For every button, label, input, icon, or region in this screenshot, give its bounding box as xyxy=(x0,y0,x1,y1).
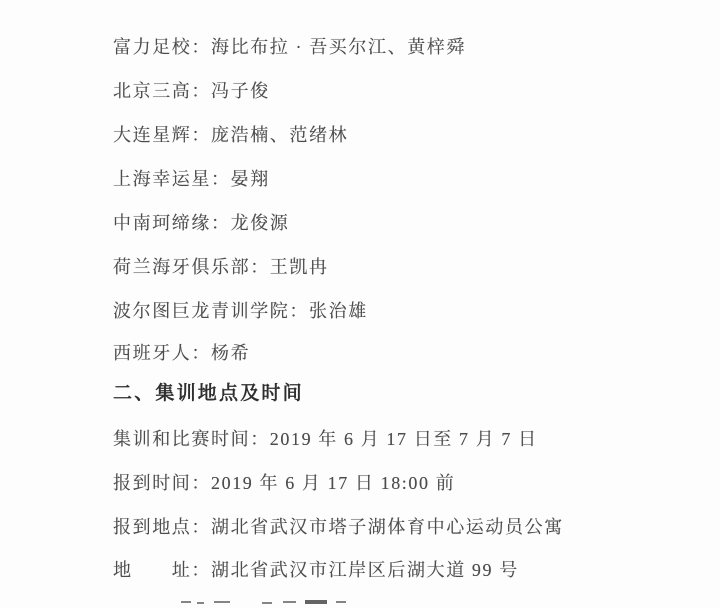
document-page: 富力足校：海比布拉 · 吾买尔江、黄梓舜 北京三高：冯子俊 大连星辉：庞浩楠、范… xyxy=(0,0,720,608)
roster-line: 荷兰海牙俱乐部：王凯冉 xyxy=(113,256,329,278)
roster-line: 富力足校：海比布拉 · 吾买尔江、黄梓舜 xyxy=(113,36,466,58)
detail-line-training-time: 集训和比赛时间：2019 年 6 月 17 日至 7 月 7 日 xyxy=(113,428,538,450)
roster-line: 北京三高：冯子俊 xyxy=(113,80,270,102)
roster-line: 西班牙人：杨希 xyxy=(113,342,250,364)
roster-line: 大连星辉：庞浩楠、范绪林 xyxy=(113,124,348,146)
section-heading: 二、集训地点及时间 xyxy=(113,383,304,405)
roster-line: 中南珂缔缘：龙俊源 xyxy=(113,212,289,234)
roster-line: 波尔图巨龙青训学院：张治雄 xyxy=(113,300,368,322)
detail-line-address: 地 址：湖北省武汉市江岸区后湖大道 99 号 xyxy=(113,559,519,581)
detail-line-checkin-place: 报到地点：湖北省武汉市塔子湖体育中心运动员公寓 xyxy=(113,516,564,538)
detail-line-checkin-time: 报到时间：2019 年 6 月 17 日 18:00 前 xyxy=(113,472,455,494)
roster-line: 上海幸运星：晏翔 xyxy=(113,168,270,190)
